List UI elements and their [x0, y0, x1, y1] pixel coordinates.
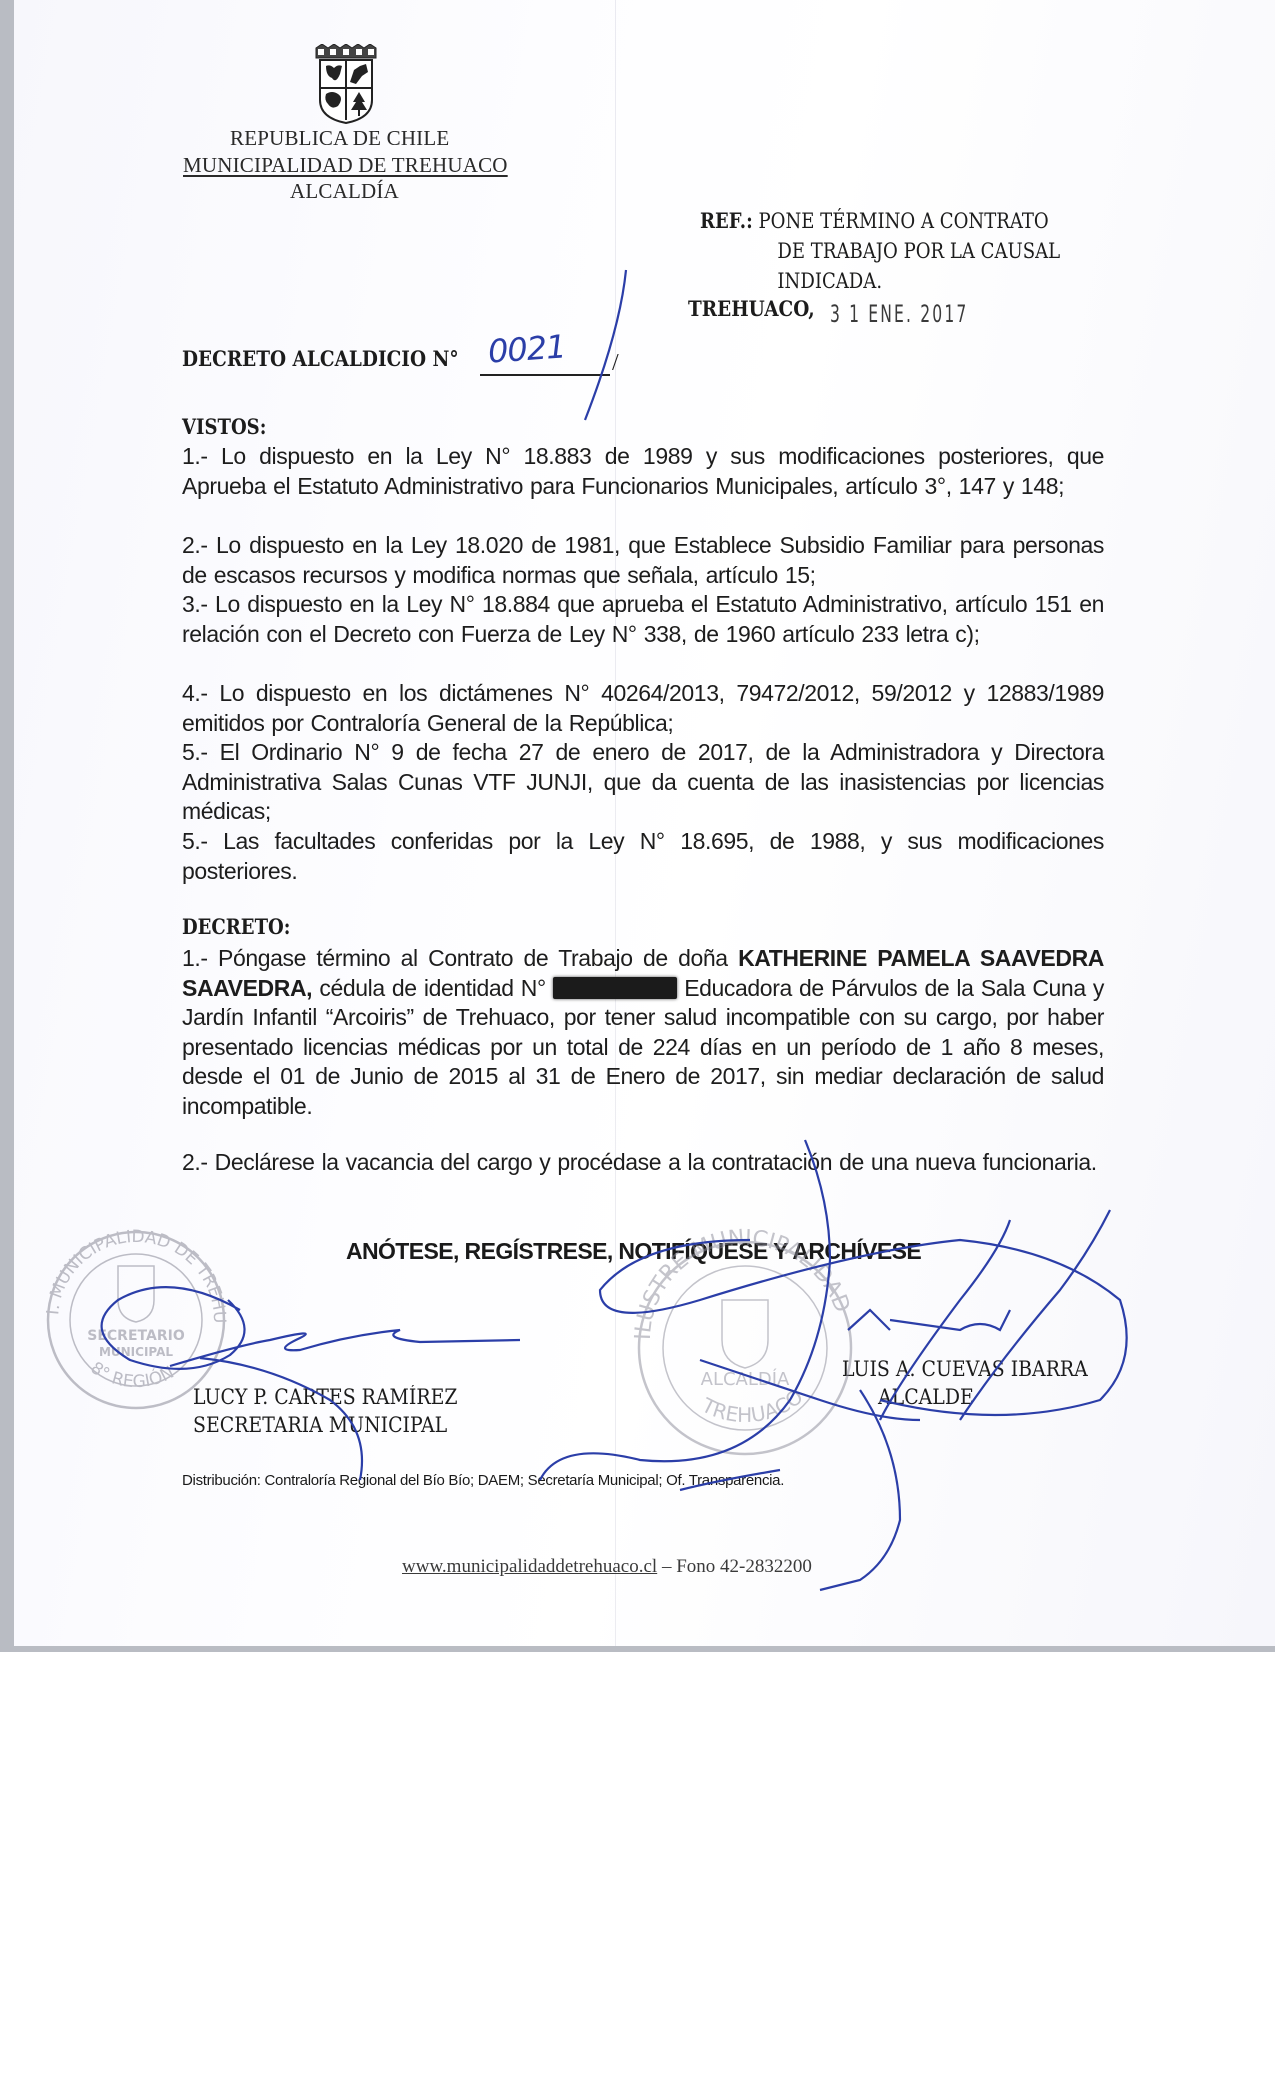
- signatory-left-name: LUCY P. CARTES RAMÍREZ: [193, 1383, 458, 1411]
- reference-label: REF.:: [700, 208, 753, 233]
- place-name: TREHUACO,: [688, 296, 815, 321]
- decree-handwritten-number: 0021: [487, 327, 567, 370]
- reference-line-3: INDICADA.: [700, 266, 1060, 296]
- decreto-item-2: 2.- Declárese la vacancia del cargo y pr…: [182, 1148, 1104, 1178]
- decree-number-underline: [480, 374, 610, 376]
- signatory-right-role: ALCALDE: [842, 1383, 1088, 1411]
- header-office: ALCALDÍA: [290, 179, 399, 204]
- phone-number: Fono 42-2832200: [676, 1556, 812, 1577]
- vistos-item-6: 5.- Las facultades conferidas por la Ley…: [182, 827, 1104, 886]
- vistos-item-5: 5.- El Ordinario N° 9 de fecha 27 de ene…: [182, 738, 1104, 827]
- footer-separator: –: [657, 1556, 676, 1577]
- vistos-title: VISTOS:: [182, 414, 266, 439]
- vistos-item-1: 1.- Lo dispuesto en la Ley N° 18.883 de …: [182, 442, 1104, 501]
- decreto-item-1: 1.- Póngase término al Contrato de Traba…: [182, 944, 1104, 1122]
- vistos-item-3: 3.- Lo dispuesto en la Ley N° 18.884 que…: [182, 590, 1104, 649]
- decreto-item-1-lead: 1.- Póngase término al Contrato de Traba…: [182, 945, 728, 971]
- signatory-left: LUCY P. CARTES RAMÍREZ SECRETARIA MUNICI…: [193, 1383, 458, 1439]
- header-country: REPUBLICA DE CHILE: [230, 126, 449, 151]
- date-stamp: 3 1 ENE. 2017: [830, 300, 968, 328]
- id-label: cédula de identidad N°: [319, 975, 545, 1001]
- place-date-row: TREHUACO,: [688, 296, 832, 321]
- header-municipality: MUNICIPALIDAD DE TREHUACO: [183, 153, 508, 178]
- signatory-right: LUIS A. CUEVAS IBARRA ALCALDE: [842, 1355, 1088, 1411]
- decree-number-slash: /: [612, 350, 619, 377]
- reference-line-2: DE TRABAJO POR LA CAUSAL: [700, 236, 1060, 266]
- decree-number-label: DECRETO ALCALDICIO N°: [182, 346, 459, 371]
- decreto-title: DECRETO:: [182, 914, 290, 939]
- signatory-left-role: SECRETARIA MUNICIPAL: [193, 1411, 458, 1439]
- reference-line-1: PONE TÉRMINO A CONTRATO: [758, 209, 1048, 233]
- closing-formula: ANÓTESE, REGÍSTRESE, NOTIFÍQUESE Y ARCHÍ…: [346, 1238, 921, 1265]
- vistos-item-2: 2.- Lo dispuesto en la Ley 18.020 de 198…: [182, 531, 1104, 590]
- footer: www.municipalidaddetrehuaco.cl – Fono 42…: [402, 1556, 812, 1578]
- redacted-id-number: [553, 977, 677, 999]
- distribution-list: Distribución: Contraloría Regional del B…: [182, 1472, 784, 1489]
- reference-block: REF.: PONE TÉRMINO A CONTRATO DE TRABAJO…: [700, 206, 1060, 296]
- website-link[interactable]: www.municipalidaddetrehuaco.cl: [402, 1556, 657, 1577]
- signatory-right-name: LUIS A. CUEVAS IBARRA: [842, 1355, 1088, 1383]
- vistos-item-4: 4.- Lo dispuesto en los dictámenes N° 40…: [182, 679, 1104, 738]
- municipal-crest-icon: [310, 44, 382, 124]
